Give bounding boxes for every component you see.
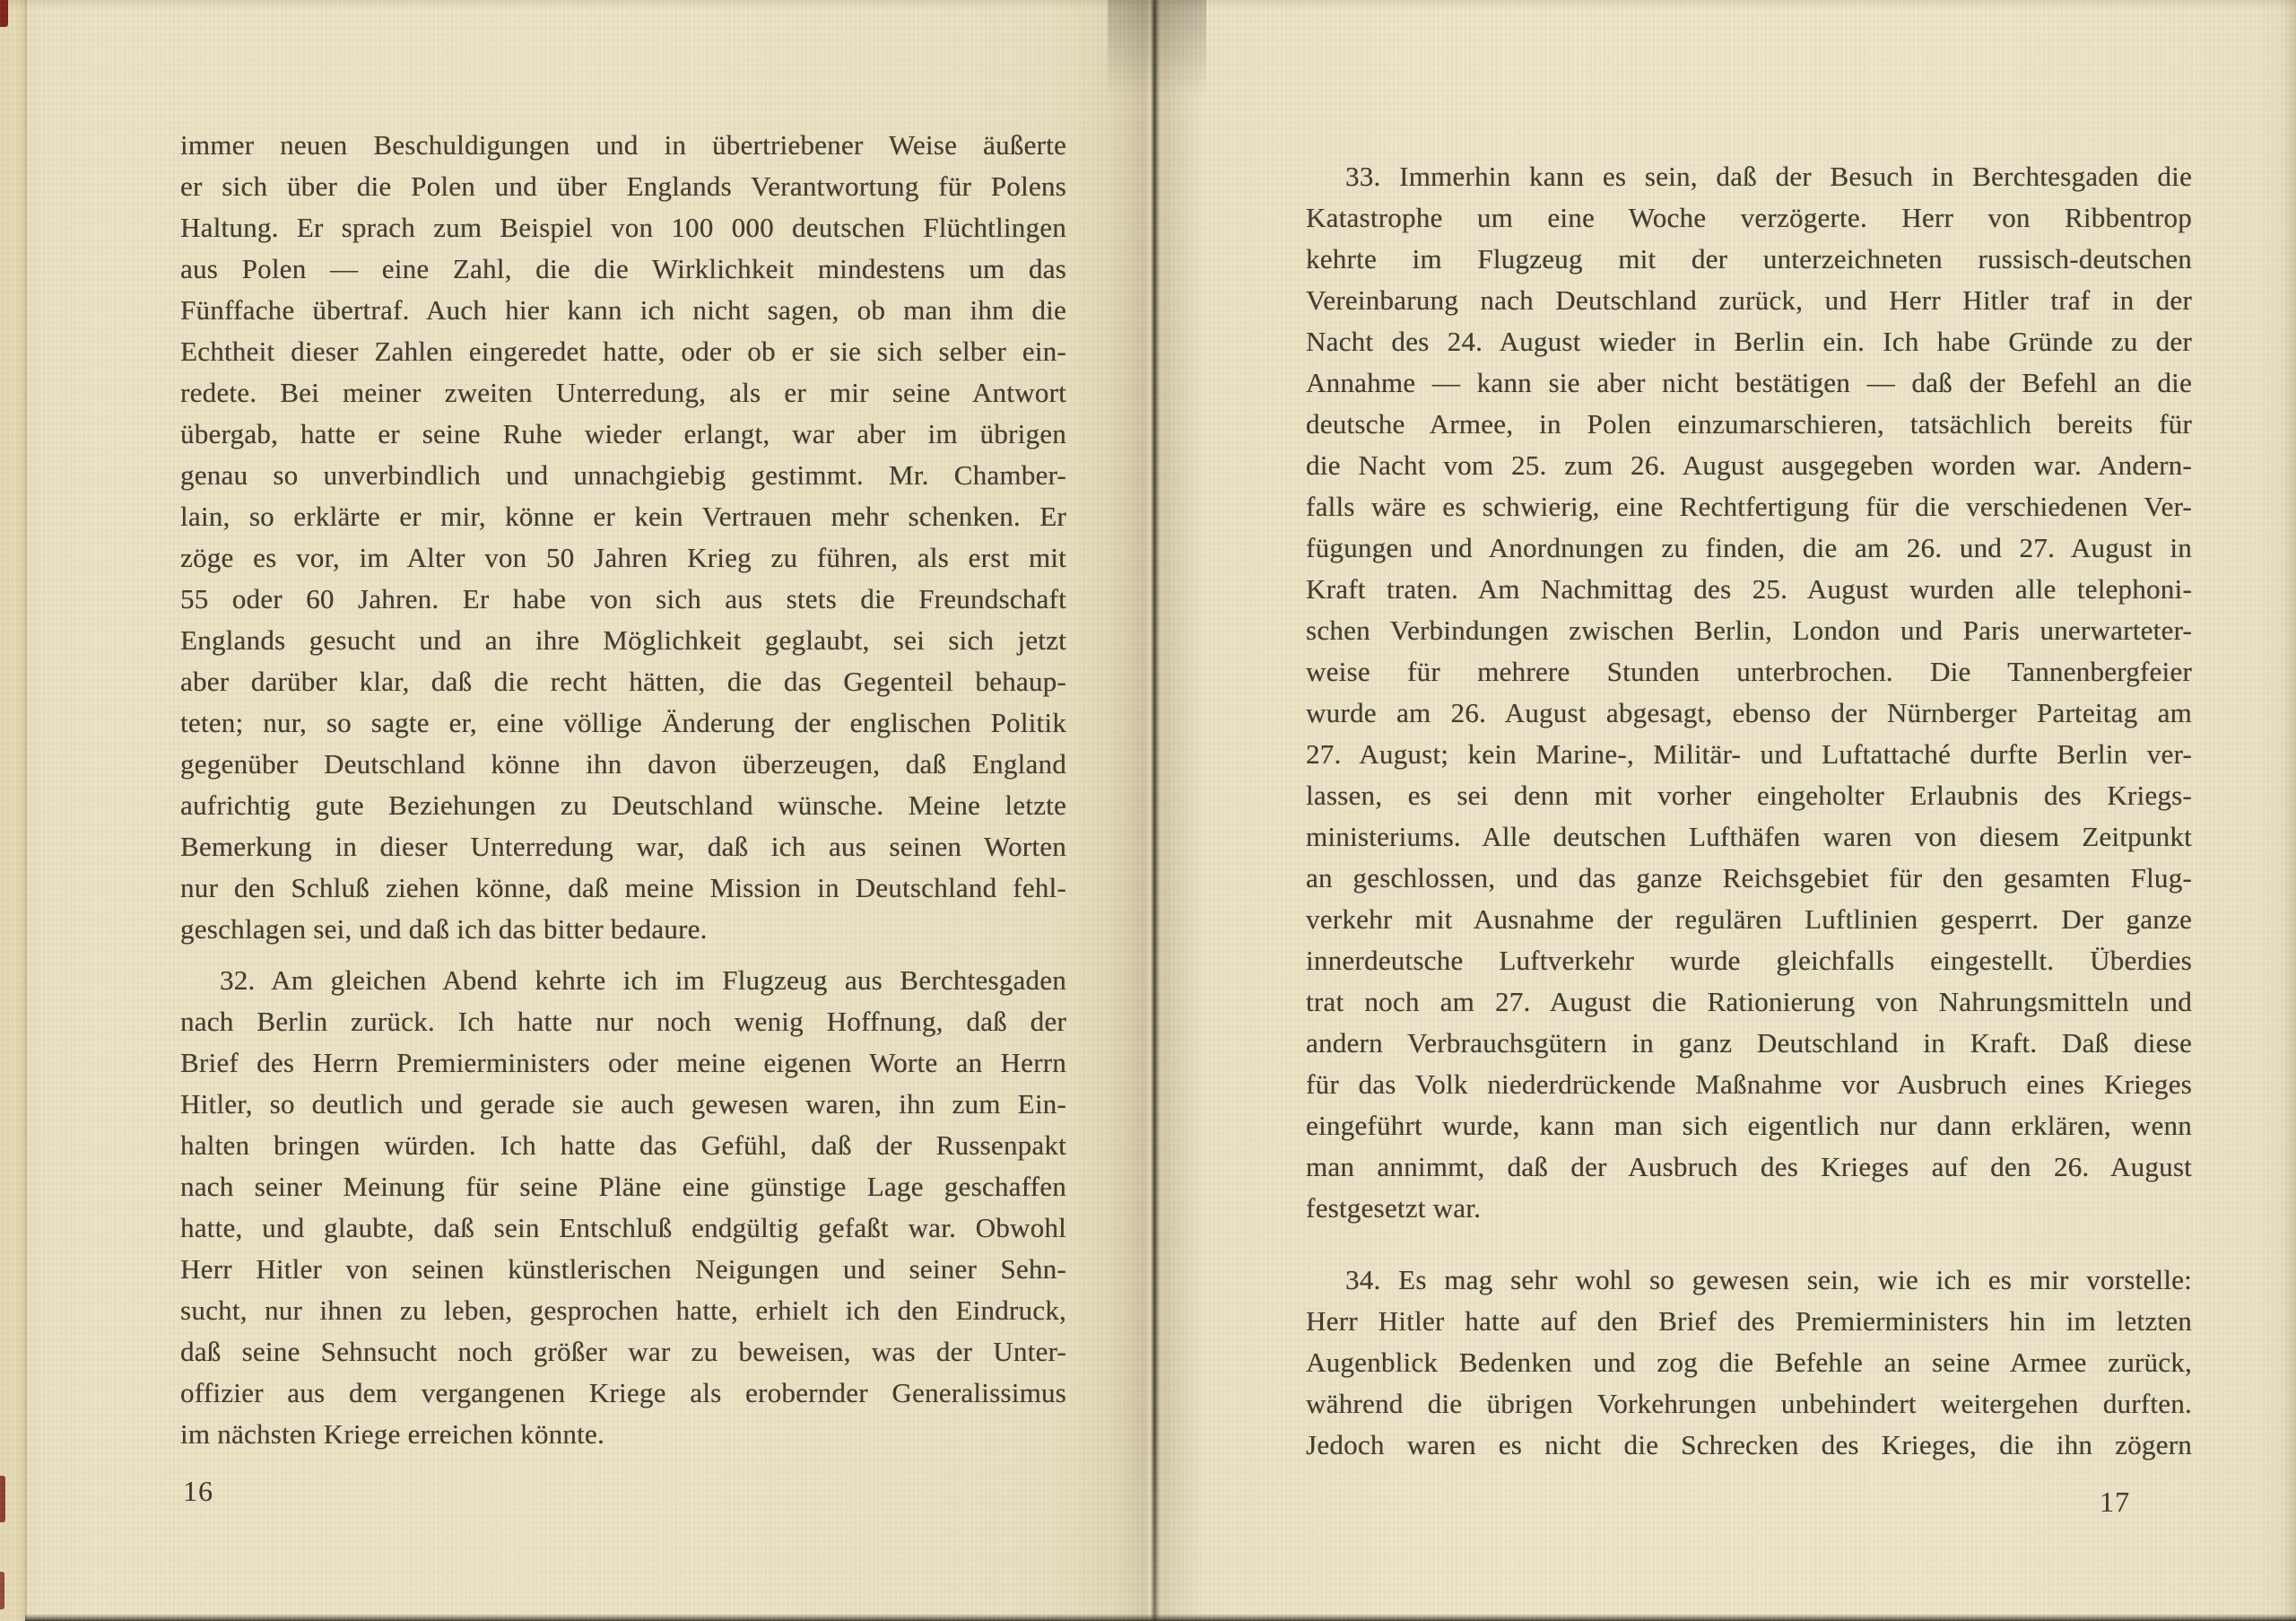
text-line: Herr Hitler hatte auf den Brief des Prem…	[1306, 1301, 2192, 1342]
text-line: Haltung. Er sprach zum Beispiel von 100 …	[180, 207, 1066, 248]
text-line: weise für mehrere Stunden unterbrochen. …	[1306, 651, 2192, 693]
text-line: während die übrigen Vorkehrungen unbehin…	[1306, 1383, 2192, 1425]
paragraph: 32. Am gleichen Abend kehrte ich im Flug…	[180, 960, 1066, 1455]
text-line: Augenblick Bedenken und zog die Befehle …	[1306, 1342, 2192, 1383]
text-line: Hitler, so deutlich und gerade sie auch …	[180, 1084, 1066, 1125]
text-line: zöge es vor, im Alter von 50 Jahren Krie…	[180, 537, 1066, 579]
text-line: wurde am 26. August abgesagt, ebenso der…	[1306, 693, 2192, 734]
right-page-text-block: 33. Immerhin kann es sein, daß der Besuc…	[1306, 156, 2192, 1466]
text-line: trat noch am 27. August die Rationierung…	[1306, 981, 2192, 1023]
text-line: 27. August; kein Marine-, Militär- und L…	[1306, 734, 2192, 775]
text-line: andern Verbrauchsgütern in ganz Deutschl…	[1306, 1023, 2192, 1064]
text-line: eingeführt wurde, kann man sich eigentli…	[1306, 1105, 2192, 1146]
text-line: fügungen und Anordnungen zu finden, die …	[1306, 527, 2192, 569]
text-line: für das Volk niederdrückende Maßnahme vo…	[1306, 1064, 2192, 1105]
text-line: Englands gesucht und an ihre Möglichkeit…	[180, 620, 1066, 661]
text-line: nach seiner Meinung für seine Pläne eine…	[180, 1166, 1066, 1207]
paragraph: 33. Immerhin kann es sein, daß der Besuc…	[1306, 156, 2192, 1229]
text-line: Herr Hitler von seinen künstlerischen Ne…	[180, 1249, 1066, 1290]
text-line: sucht, nur ihnen zu leben, gesprochen ha…	[180, 1290, 1066, 1331]
text-line: genau so unverbindlich und unnachgiebig …	[180, 455, 1066, 496]
text-line: er sich über die Polen und über Englands…	[180, 166, 1066, 207]
book-scan-spread: immer neuen Beschuldigungen und in übert…	[0, 0, 2296, 1621]
text-line: nur den Schluß ziehen könne, daß meine M…	[180, 867, 1066, 909]
text-line: offizier aus dem vergangenen Kriege als …	[180, 1373, 1066, 1414]
text-line: Vereinbarung nach Deutschland zurück, un…	[1306, 280, 2192, 321]
text-line: Echtheit dieser Zahlen eingeredet hatte,…	[180, 331, 1066, 372]
paragraph: immer neuen Beschuldigungen und in übert…	[180, 125, 1066, 950]
scan-edge-right-shadow	[2282, 0, 2296, 1621]
text-line: deutsche Armee, in Polen einzumarschiere…	[1306, 404, 2192, 445]
text-line: 33. Immerhin kann es sein, daß der Besuc…	[1306, 156, 2192, 197]
text-line: Jedoch waren es nicht die Schrecken des …	[1306, 1425, 2192, 1466]
text-line: Nacht des 24. August wieder in Berlin ei…	[1306, 321, 2192, 362]
text-line: falls wäre es schwierig, eine Rechtferti…	[1306, 486, 2192, 527]
text-line: übergab, hatte er seine Ruhe wieder erla…	[180, 414, 1066, 455]
text-line: redete. Bei meiner zweiten Unterredung, …	[180, 372, 1066, 414]
scan-edge-top-shadow	[0, 0, 2296, 9]
text-line: aber darüber klar, daß die recht hätten,…	[180, 661, 1066, 702]
text-line: die Nacht vom 25. zum 26. August ausgege…	[1306, 445, 2192, 486]
text-line: teten; nur, so sagte er, eine völlige Än…	[180, 702, 1066, 744]
text-line: nach Berlin zurück. Ich hatte nur noch w…	[180, 1001, 1066, 1042]
text-line: geschlagen sei, und daß ich das bitter b…	[180, 909, 1066, 950]
text-line: lassen, es sei denn mit vorher eingeholt…	[1306, 775, 2192, 816]
text-line: verkehr mit Ausnahme der regulären Luftl…	[1306, 899, 2192, 940]
text-line: Fünffache übertraf. Auch hier kann ich n…	[180, 290, 1066, 331]
text-line: aus Polen — eine Zahl, die die Wirklichk…	[180, 248, 1066, 290]
text-line: Annahme — kann sie aber nicht bestätigen…	[1306, 362, 2192, 404]
text-line: ministeriums. Alle deutschen Lufthäfen w…	[1306, 816, 2192, 858]
text-line: halten bringen würden. Ich hatte das Gef…	[180, 1125, 1066, 1166]
cover-edge-red-mark-bottom	[0, 1572, 4, 1609]
page-fore-edge-left	[0, 0, 27, 1621]
text-line: 34. Es mag sehr wohl so gewesen sein, wi…	[1306, 1259, 2192, 1301]
text-line: immer neuen Beschuldigungen und in übert…	[180, 125, 1066, 166]
cover-edge-red-mark-middle	[0, 1476, 5, 1522]
text-line: festgesetzt war.	[1306, 1188, 2192, 1229]
text-line: Kraft traten. Am Nachmittag des 25. Augu…	[1306, 569, 2192, 610]
text-line: man annimmt, daß der Ausbruch des Kriege…	[1306, 1146, 2192, 1188]
text-line: aufrichtig gute Beziehungen zu Deutschla…	[180, 785, 1066, 826]
text-line: 55 oder 60 Jahren. Er habe von sich aus …	[180, 579, 1066, 620]
text-line: 32. Am gleichen Abend kehrte ich im Flug…	[180, 960, 1066, 1001]
scan-edge-bottom-shadow	[25, 1614, 2296, 1621]
left-page-text-block: immer neuen Beschuldigungen und in übert…	[180, 125, 1066, 1455]
text-line: Katastrophe um eine Woche verzögerte. He…	[1306, 197, 2192, 239]
text-line: lain, so erklärte er mir, könne er kein …	[180, 496, 1066, 537]
page-number-right: 17	[2100, 1486, 2130, 1519]
text-line: hatte, und glaubte, daß sein Entschluß e…	[180, 1207, 1066, 1249]
text-line: innerdeutsche Luftverkehr wurde gleichfa…	[1306, 940, 2192, 981]
cover-edge-red-mark-top	[0, 0, 8, 27]
text-line: im nächsten Kriege erreichen könnte.	[180, 1414, 1066, 1455]
text-line: an geschlossen, und das ganze Reichsgebi…	[1306, 858, 2192, 899]
text-line: kehrte im Flugzeug mit der unterzeichnet…	[1306, 239, 2192, 280]
text-line: daß seine Sehnsucht noch größer war zu b…	[180, 1331, 1066, 1373]
text-line: Brief des Herrn Premierministers oder me…	[180, 1042, 1066, 1084]
text-line: Bemerkung in dieser Unterredung war, daß…	[180, 826, 1066, 867]
paragraph: 34. Es mag sehr wohl so gewesen sein, wi…	[1306, 1259, 2192, 1466]
text-line: gegenüber Deutschland könne ihn davon üb…	[180, 744, 1066, 785]
page-number-left: 16	[183, 1475, 213, 1508]
text-line: schen Verbindungen zwischen Berlin, Lond…	[1306, 610, 2192, 651]
